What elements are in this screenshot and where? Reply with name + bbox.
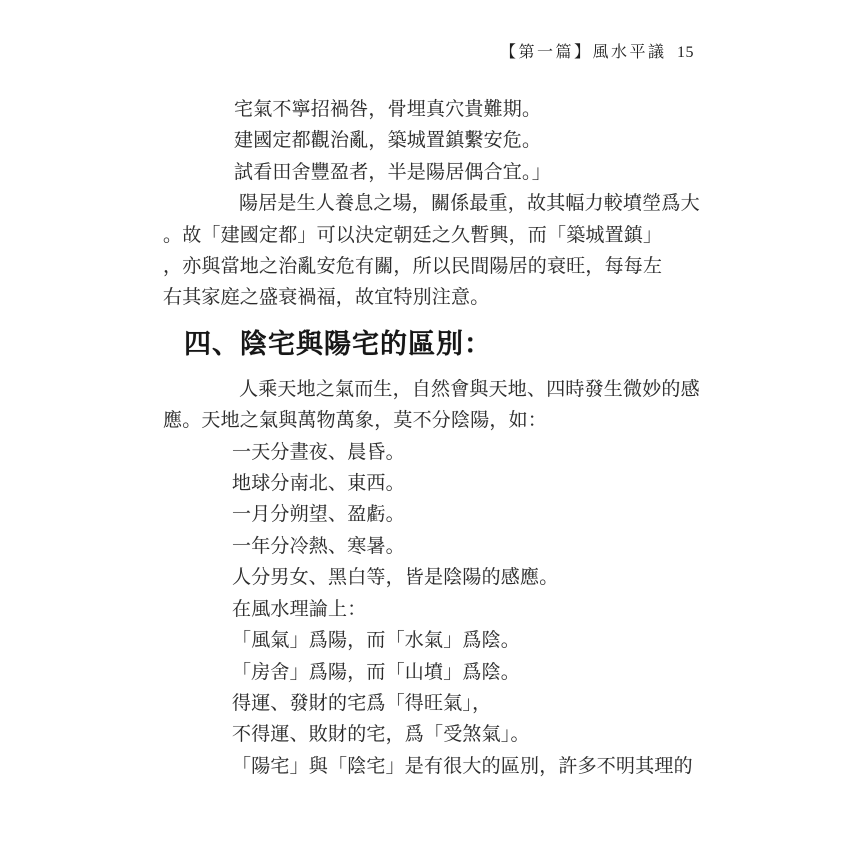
text-line: 陽居是生人養息之場，關係最重，故其幅力較墳塋爲大	[163, 188, 723, 219]
text-line: 得運、發財的宅爲「得旺氣」，	[163, 688, 723, 719]
text-line: 地球分南北、東西。	[163, 468, 723, 499]
text-line: 人分男女、黑白等，皆是陰陽的感應。	[163, 562, 723, 593]
running-title: 【第一篇】風水平議	[500, 44, 667, 61]
page-header: 【第一篇】風水平議 15	[0, 39, 694, 62]
text-line: 建國定都觀治亂，築城置鎮繫安危。	[163, 125, 723, 156]
text-line: ，亦與當地之治亂安危有關，所以民間陽居的衰旺，每每左	[163, 251, 723, 282]
text-line: 在風水理論上：	[163, 594, 723, 625]
text-line: 。故「建國定都」可以決定朝廷之久暫興，而「築城置鎮」	[163, 220, 723, 251]
text-line: 宅氣不寧招禍咎，骨埋真穴貴難期。	[163, 94, 723, 125]
page-content: 宅氣不寧招禍咎，骨埋真穴貴難期。 建國定都觀治亂，築城置鎮繫安危。 試看田舍豐盈…	[163, 94, 723, 782]
book-page: 【第一篇】風水平議 15 宅氣不寧招禍咎，骨埋真穴貴難期。 建國定都觀治亂，築城…	[0, 0, 850, 850]
text-line: 右其家庭之盛衰禍福，故宜特別注意。	[163, 282, 723, 313]
section-heading: 四、陰宅與陽宅的區別：	[184, 326, 723, 363]
text-line: 「房舍」爲陽，而「山墳」爲陰。	[163, 657, 723, 688]
text-line: 「陽宅」與「陰宅」是有很大的區別，許多不明其理的	[163, 751, 723, 782]
text-line: 一月分朔望、盈虧。	[163, 499, 723, 530]
text-line: 試看田舍豐盈者，半是陽居偶合宜。」	[163, 157, 723, 188]
text-line: 應。天地之氣與萬物萬象，莫不分陰陽，如：	[163, 405, 723, 436]
text-line: 一天分晝夜、晨昏。	[163, 437, 723, 468]
text-line: 一年分冷熱、寒暑。	[163, 531, 723, 562]
text-line: 「風氣」爲陽，而「水氣」爲陰。	[163, 625, 723, 656]
text-line: 人乘天地之氣而生，自然會與天地、四時發生微妙的感	[163, 374, 723, 405]
text-line: 不得運、敗財的宅，爲「受煞氣」。	[163, 719, 723, 750]
page-number: 15	[677, 44, 694, 61]
